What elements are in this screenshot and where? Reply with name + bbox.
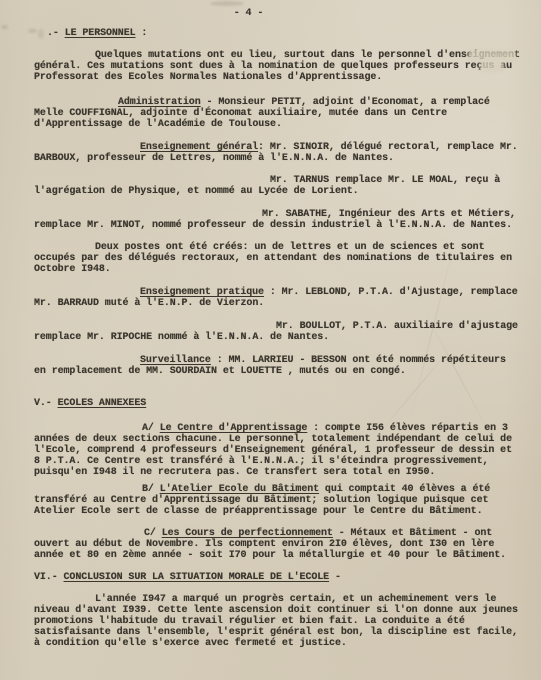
paragraph-enseignement-pratique-text: : Mr. LEBLOND, P.T.A. d'Ajustage, rempla…	[34, 287, 518, 309]
page-number: - 4 -	[5, 8, 492, 19]
heading-title: ECOLES ANNEXEES	[58, 398, 147, 409]
label-administration: Administration	[118, 97, 201, 108]
paragraph-surveillance-text: : MM. LARRIEU - BESSON ont été nommés ré…	[34, 355, 506, 377]
paragraph-conclusion: L'année I947 a marqué un progrès certain…	[34, 594, 521, 649]
paragraph-administration: Administration - Monsieur PETIT, adjoint…	[34, 97, 521, 130]
paragraph-atelier-ecole: B/ L'Atelier Ecole du Bâtiment qui compt…	[34, 484, 521, 517]
paragraph-administration-text: - Monsieur PETIT, adjoint d'Economat, a …	[34, 97, 490, 130]
paragraph-enseignement-general: Enseignement général: Mr. SINOIR, délégu…	[34, 142, 521, 164]
paragraph-enseignement-general-text: : Mr. SINOIR, délégué rectoral, remplace…	[34, 142, 518, 164]
heading-suffix: -	[329, 572, 341, 583]
label-centre-apprentissage: Le Centre d'Apprentissage	[160, 423, 308, 434]
heading-conclusion: VI.- CONCLUSION SUR LA SITUATION MORALE …	[34, 572, 521, 583]
paragraph-enseignement-pratique: Enseignement pratique : Mr. LEBLOND, P.T…	[34, 287, 521, 309]
item-letter-a: A/	[142, 423, 160, 434]
label-cours-perfectionnement: Les Cours de perfectionnement	[162, 528, 333, 539]
paragraph-surveillance: Surveillance : MM. LARRIEU - BESSON ont …	[34, 355, 521, 377]
paragraph-tarnus: Mr. TARNUS remplace Mr. LE MOAL, reçu à …	[34, 175, 521, 197]
paragraph-sabathe: Mr. SABATHE, Ingénieur des Arts et Métie…	[34, 209, 521, 231]
paragraph-mutations: Quelques mutations ont eu lieu, surtout …	[34, 50, 521, 83]
label-surveillance: Surveillance	[140, 355, 211, 366]
paragraph-boullot: Mr. BOULLOT, P.T.A. auxiliaire d'ajustag…	[34, 321, 521, 343]
label-enseignement-pratique: Enseignement pratique	[140, 287, 264, 298]
label-atelier-ecole: L'Atelier Ecole du Bâtiment	[160, 484, 319, 495]
heading-suffix: :	[136, 28, 148, 39]
heading-prefix: V.-	[34, 398, 58, 409]
paragraph-deux-postes: Deux postes ont été créés: un de lettres…	[34, 242, 521, 275]
heading-le-personnel: .- LE PERSONNEL :	[34, 28, 521, 39]
heading-prefix: VI.-	[34, 572, 64, 583]
heading-title: LE PERSONNEL	[65, 28, 136, 39]
heading-title: CONCLUSION SUR LA SITUATION MORALE DE L'…	[64, 572, 330, 583]
paragraph-centre-apprentissage: A/ Le Centre d'Apprentissage : compte I5…	[34, 423, 521, 478]
heading-ecoles-annexees: V.- ECOLES ANNEXEES	[34, 398, 521, 409]
page-content: - 4 - .- LE PERSONNEL : Quelques mutatio…	[0, 0, 541, 680]
label-enseignement-general: Enseignement général	[140, 142, 258, 153]
item-letter-b: B/	[142, 484, 160, 495]
item-letter-c: C/	[144, 528, 162, 539]
scanned-document-page: - 4 - .- LE PERSONNEL : Quelques mutatio…	[0, 0, 541, 680]
paragraph-cours-perfectionnement: C/ Les Cours de perfectionnement - Métau…	[34, 528, 521, 561]
heading-prefix: .-	[47, 28, 65, 39]
